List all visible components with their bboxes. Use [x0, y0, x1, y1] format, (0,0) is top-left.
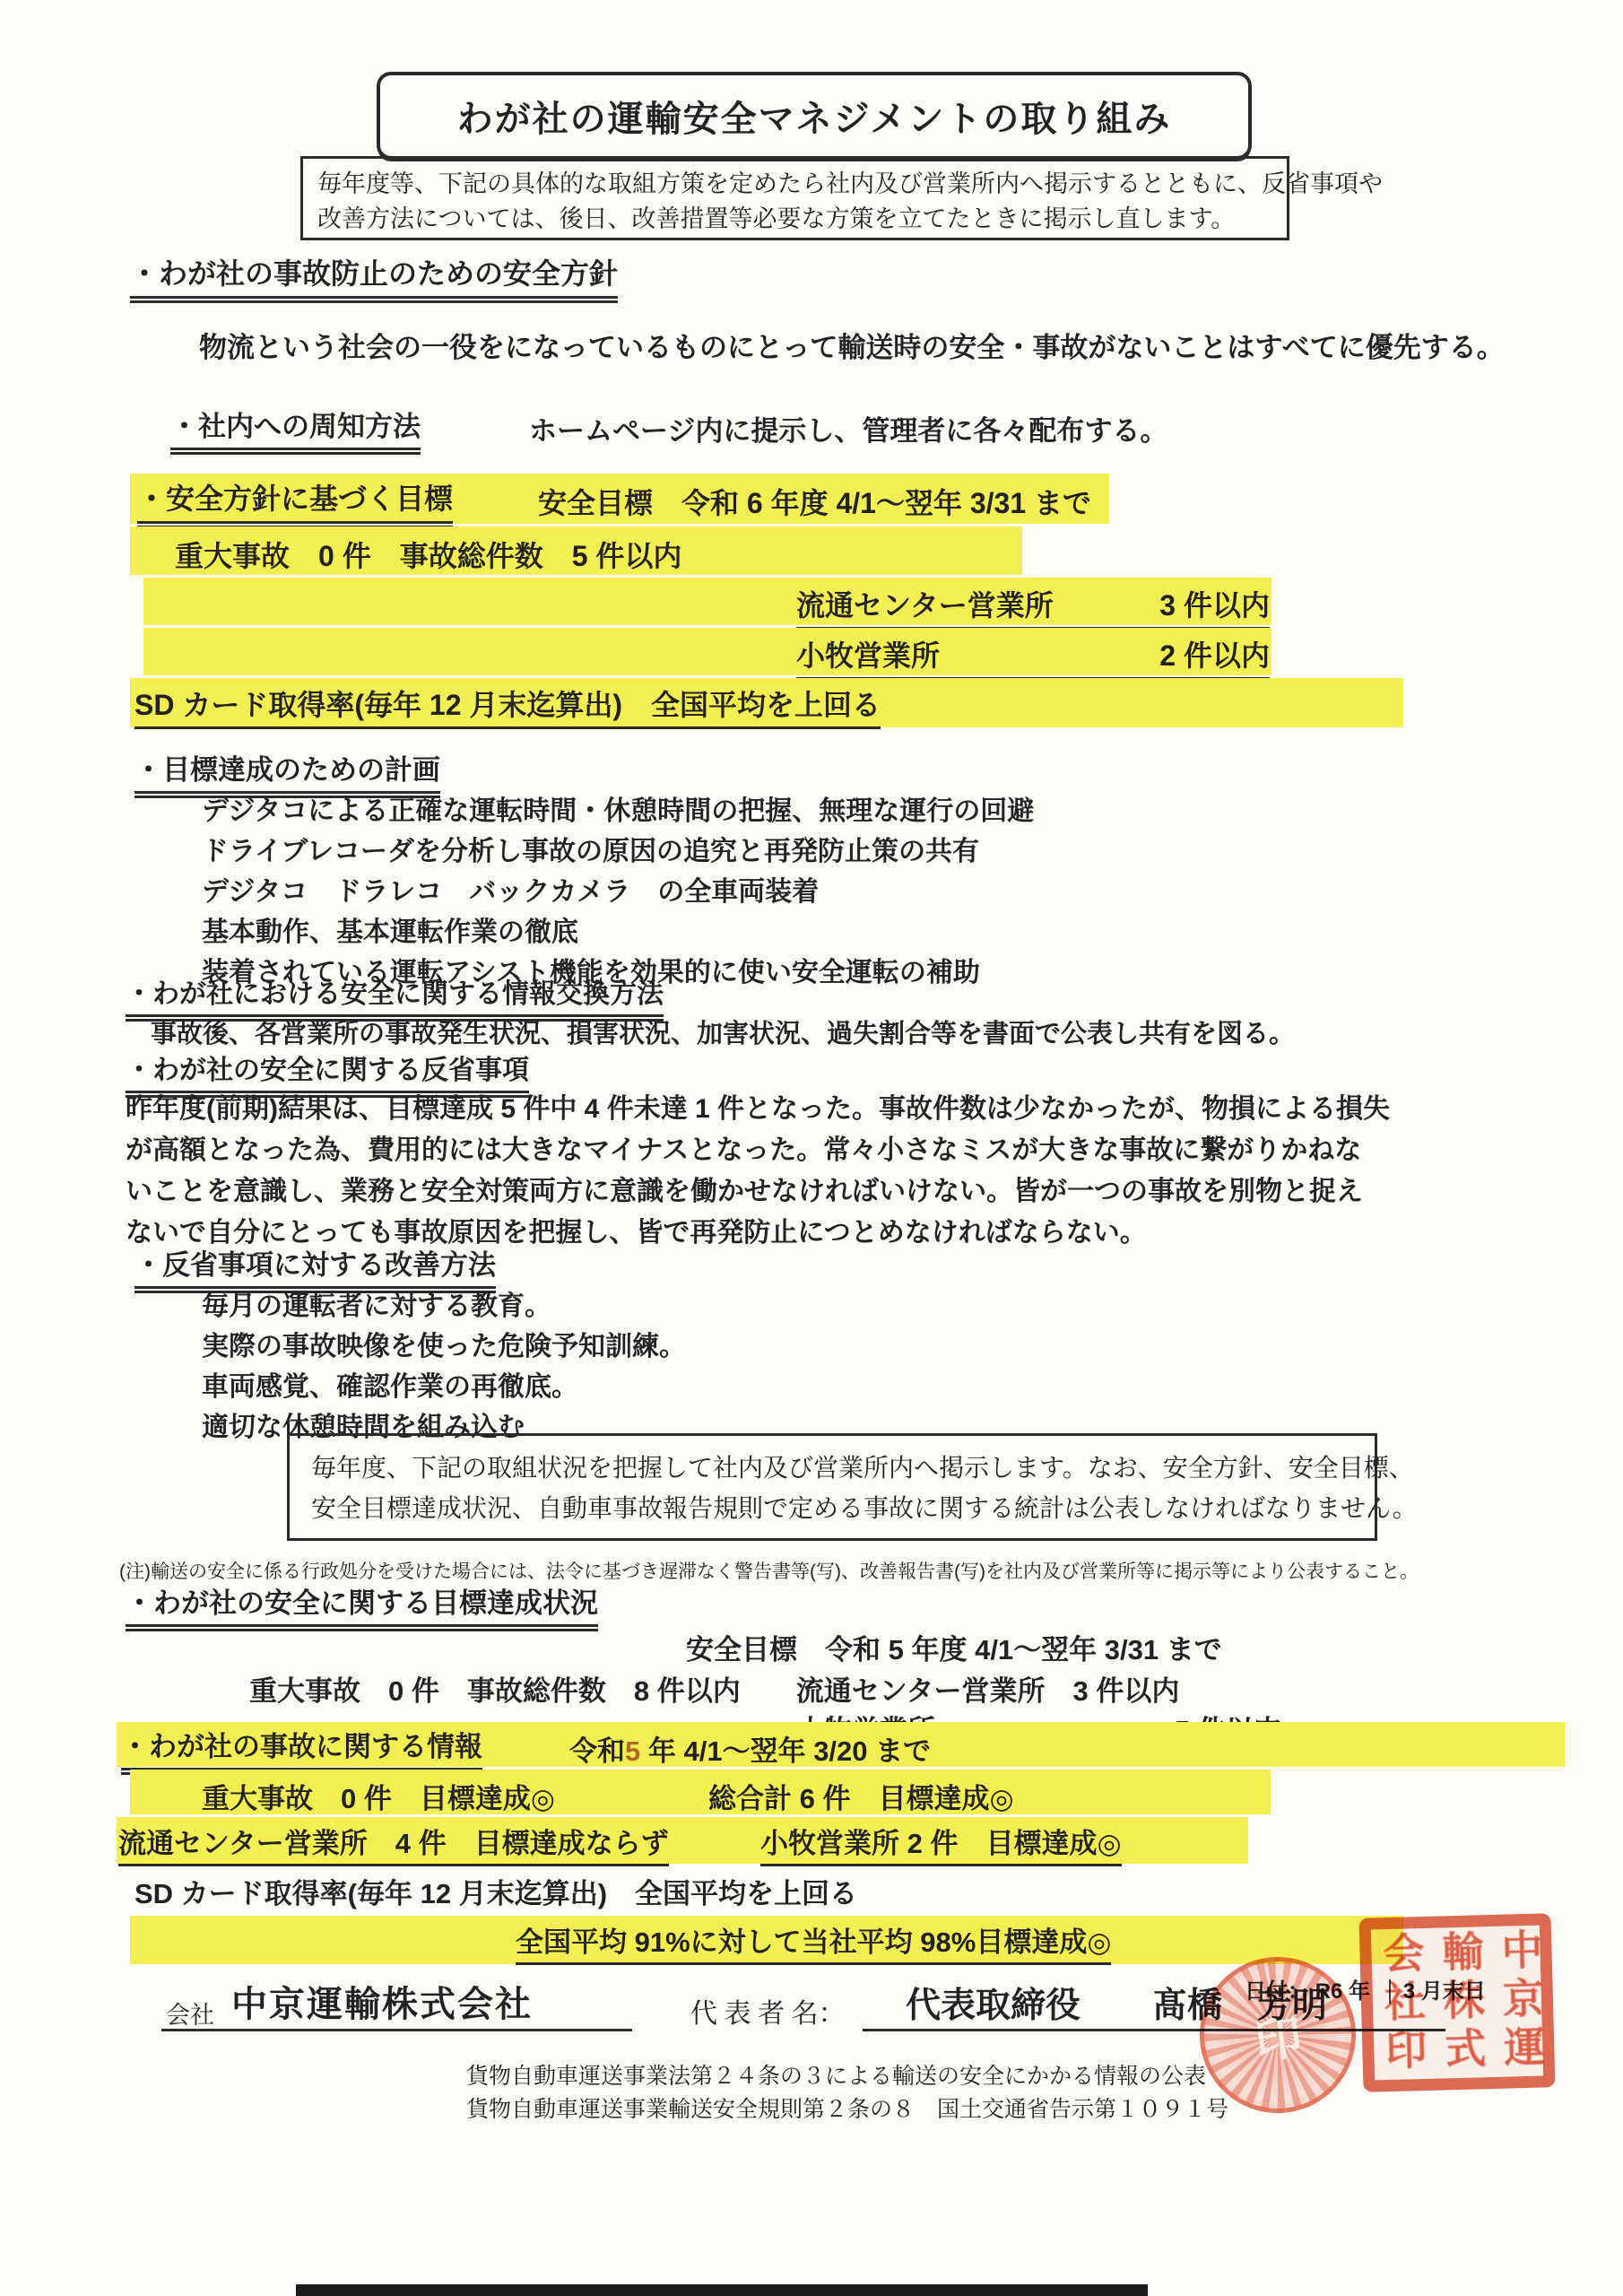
company-seal-column: 会社印 [1371, 1931, 1434, 2078]
accident-heading: ・わが社の事故に関する情報 [121, 1724, 482, 1775]
accident-result: 全国平均 91%に対して当社平均 98%目標達成◎ [516, 1919, 1111, 1965]
company-seal-column: 中京運 [1489, 1927, 1552, 2074]
document-title-box: わが社の運輸安全マネジメントの取り組み [377, 72, 1252, 160]
reflection-line: いことを意識し、業務と安全対策両方に意識を働かせなければいけない。皆が一つの事故… [126, 1171, 1390, 1213]
document-title: わが社の運輸安全マネジメントの取り組み [457, 91, 1172, 142]
goals-komaki-value: 2 件以内 [1159, 633, 1270, 674]
posting-obligation-box: 毎年度、下記の取組状況を把握して社内及び営業所内へ掲示します。なお、安全方針、安… [287, 1433, 1377, 1541]
footer-statute-line2: 貨物自動車運送事業輸送安全規則第２条の８ 国土交通省告示第１０９１号 [466, 2092, 1228, 2124]
footer-statute-line1: 貨物自動車運送事業法第２４条の３による輸送の安全にかかる情報の公表 [466, 2058, 1206, 2091]
representative-label: 代 表 者 名： [690, 1991, 846, 2031]
company-seal-column: 輸株式 [1430, 1929, 1493, 2076]
accident-ryutsu: 流通センター営業所 4 件 目標達成ならず [118, 1821, 669, 1866]
company-seal-stamp: 中京運 輸株式 会社印 [1358, 1913, 1555, 2092]
posting-obligation-line1: 毎年度、下記の取組状況を把握して社内及び営業所内へ掲示します。なお、安全方針、安… [311, 1448, 1353, 1488]
goals-ryutsu-row: 流通センター営業所 3 件以内 [143, 578, 1271, 625]
goals-period: 安全目標 令和 6 年度 4/1～翌年 3/31 まで [538, 481, 1091, 522]
document-page: わが社の運輸安全マネジメントの取り組み 毎年度等、下記の具体的な取組方策を定めた… [0, 0, 1623, 2296]
improvement-item: 毎月の運転者に対する教育。 [202, 1286, 686, 1326]
plan-item: デジタコによる正確な運転時間・休憩時間の把握、無理な運行の回避 [202, 791, 1034, 831]
improvement-items: 毎月の運転者に対する教育。 実際の事故映像を使った危険予知訓練。 車両感覚、確認… [202, 1286, 686, 1448]
company-name: 中京運輸株式会社 [231, 1976, 533, 2027]
goals-komaki-name: 小牧営業所 [796, 633, 940, 674]
goals-heading-row: ・安全方針に基づく目標 安全目標 令和 6 年度 4/1～翌年 3/31 まで [130, 474, 1109, 524]
reflection-line: が高額となった為、費用的には大きなマイナスとなった。常々小さなミスが大きな事故に… [126, 1130, 1390, 1171]
reflection-line: 昨年度(前期)結果は、目標達成 5 件中 4 件未達 1 件となった。事故件数は… [126, 1089, 1390, 1130]
achievement-period: 安全目標 令和 5 年度 4/1～翌年 3/31 まで [686, 1627, 1222, 1667]
accident-komaki: 小牧営業所 2 件 目標達成◎ [760, 1821, 1122, 1866]
achievement-heading: ・わが社の安全に関する目標達成状況 [126, 1580, 598, 1631]
posting-notice-line1: 毎年度等、下記の具体的な取組方策を定めたら社内及び営業所内へ掲示するとともに、反… [317, 167, 1272, 202]
safety-policy-heading: ・わが社の事故防止のための安全方針 [130, 251, 618, 303]
accident-period-suffix: 年 4/1～翌年 3/20 まで [648, 1735, 931, 1767]
goals-komaki-row: 小牧営業所 2 件以内 [143, 628, 1271, 675]
achievement-row1: 重大事故 0 件 事故総件数 8 件以内 流通センター営業所 3 件以内 [249, 1668, 1179, 1709]
accident-results-row2: 流通センター営業所 4 件 目標達成ならず 小牧営業所 2 件 目標達成◎ [117, 1817, 1248, 1864]
posting-obligation-line2: 安全目標達成状況、自動車事故報告規則で定める事故に関する統計は公表しなければなり… [311, 1488, 1353, 1528]
goals-ryutsu-value: 3 件以内 [1159, 583, 1270, 624]
accident-result-row: 全国平均 91%に対して当社平均 98%目標達成◎ [130, 1916, 1403, 1964]
plan-items: デジタコによる正確な運転時間・休憩時間の把握、無理な運行の回避 ドライブレコーダ… [202, 791, 1034, 993]
accident-heading-row: ・わが社の事故に関する情報 令和5 年 4/1～翌年 3/20 まで [117, 1722, 1565, 1767]
plan-item: デジタコ ドラレコ バックカメラ の全車両装着 [202, 872, 1034, 912]
goals-heading: ・安全方針に基づく目標 [137, 476, 453, 528]
personal-seal-text: 印 [1250, 1998, 1306, 2072]
accident-sd: SD カード取得率(毎年 12 月末迄算出) 全国平均を上回る [135, 1871, 857, 1911]
posting-notice-line2: 改善方法については、後日、改善措置等必要な方策を立てたときに掲示し直します。 [317, 202, 1272, 237]
accident-total: 総合計 6 件 目標達成◎ [708, 1776, 1014, 1816]
notification-heading: ・社内への周知方法 [170, 404, 421, 455]
goals-ryutsu-name: 流通センター営業所 [796, 583, 1054, 624]
company-underline [161, 2029, 632, 2031]
improvement-item: 実際の事故映像を使った危険予知訓練。 [202, 1326, 686, 1367]
goals-sd: SD カード取得率(毎年 12 月末迄算出) 全国平均を上回る [135, 683, 881, 729]
company-label: 会社 [166, 1996, 214, 2031]
accident-period-year: 5 [625, 1735, 640, 1767]
accident-results-row1: 重大事故 0 件 目標達成◎ 総合計 6 件 目標達成◎ [130, 1770, 1271, 1814]
reflection-paragraph: 昨年度(前期)結果は、目標達成 5 件中 4 件未達 1 件となった。事故件数は… [126, 1089, 1390, 1254]
goals-sd-row: SD カード取得率(毎年 12 月末迄算出) 全国平均を上回る [130, 678, 1403, 727]
representative-title: 代表取締役 [906, 1978, 1081, 2028]
scan-artifact-bar [296, 2284, 1148, 2296]
plan-item: ドライブレコーダを分析し事故の原因の追究と再発防止策の共有 [202, 831, 1034, 872]
plan-item: 基本動作、基本運転作業の徹底 [202, 912, 1034, 952]
posting-notice-box: 毎年度等、下記の具体的な取組方策を定めたら社内及び営業所内へ掲示するとともに、反… [300, 156, 1289, 240]
goals-totals-row: 重大事故 0 件 事故総件数 5 件以内 [130, 526, 1022, 575]
info-exchange-body: 事故後、各営業所の事故発生状況、損害状況、加害状況、過失割合等を書面で公表し共有… [151, 1013, 1295, 1050]
goals-totals: 重大事故 0 件 事故総件数 5 件以内 [175, 534, 681, 575]
accident-period: 令和5 年 4/1～翌年 3/20 まで [569, 1728, 931, 1769]
notification-method: ホームページ内に提示し、管理者に各々配布する。 [529, 408, 1167, 448]
accident-period-prefix: 令和 [569, 1735, 625, 1767]
representative-underline [863, 2029, 1445, 2031]
improvement-item: 車両感覚、確認作業の再徹底。 [202, 1367, 686, 1407]
accident-serious: 重大事故 0 件 目標達成◎ [202, 1776, 555, 1816]
safety-policy-statement: 物流という社会の一役をになっているものにとって輸送時の安全・事故がないことはすべ… [199, 325, 1505, 365]
